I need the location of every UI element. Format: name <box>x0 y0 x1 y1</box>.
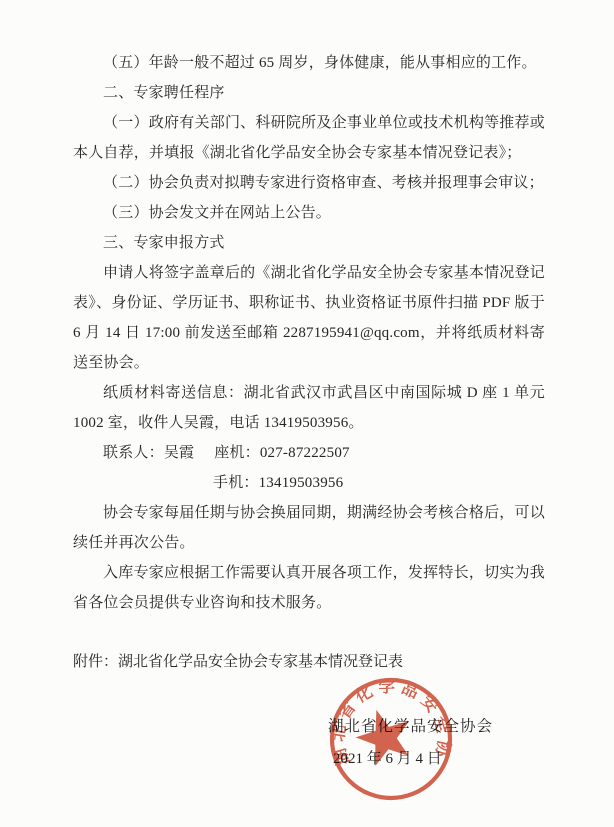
paragraph-term: 协会专家每届任期与协会换届同期，期满经协会考核合格后，可以续任并再次公告。 <box>73 498 545 558</box>
document-body: （五）年龄一般不超过 65 周岁，身体健康，能从事相应的工作。 二、专家聘任程序… <box>73 48 545 618</box>
section-heading-3: 三、专家申报方式 <box>73 228 545 258</box>
paragraph-age-requirement: （五）年龄一般不超过 65 周岁，身体健康，能从事相应的工作。 <box>73 48 545 78</box>
mobile-number: 13419503956 <box>259 475 344 491</box>
signature-date: 2021 年 6 月 4 日 <box>333 749 442 769</box>
mobile-line: 手机：13419503956 <box>213 468 545 498</box>
paragraph-mailing-info: 纸质材料寄送信息：湖北省武汉市武昌区中南国际城 D 座 1 单元 1002 室，… <box>73 378 545 438</box>
paragraph-review: （二）协会负责对拟聘专家进行资格审查、考核并报理事会审议； <box>73 168 545 198</box>
attachment-line: 附件：湖北省化学品安全协会专家基本情况登记表 <box>73 650 553 674</box>
landline-number: 027-87222507 <box>260 445 350 461</box>
contact-person-label: 联系人： <box>103 445 164 461</box>
signature-org: 湖北省化学品安全协会 <box>328 717 493 737</box>
paragraph-duties: 入库专家应根据工作需要认真开展各项工作，发挥特长，切实为我省各位会员提供专业咨询… <box>73 558 545 618</box>
paragraph-recommendation: （一）政府有关部门、科研院所及企事业单位或技术机构等推荐或本人自荐，并填报《湖北… <box>73 108 545 168</box>
official-seal: 湖北省化学品安全协会 <box>320 669 462 811</box>
section-heading-2: 二、专家聘任程序 <box>73 78 545 108</box>
document-page: （五）年龄一般不超过 65 周岁，身体健康，能从事相应的工作。 二、专家聘任程序… <box>0 0 614 827</box>
contact-person-name: 吴霞 <box>164 445 194 461</box>
landline-label: 座机： <box>214 445 260 461</box>
mobile-label: 手机： <box>213 475 259 491</box>
seal-ring <box>332 680 450 798</box>
contact-line: 联系人：吴霞座机：027-87222507 <box>73 438 545 468</box>
paragraph-announcement: （三）协会发文并在网站上公告。 <box>73 198 545 228</box>
paragraph-application: 申请人将签字盖章后的《湖北省化学品安全协会专家基本情况登记表》、身份证、学历证书… <box>73 258 545 378</box>
